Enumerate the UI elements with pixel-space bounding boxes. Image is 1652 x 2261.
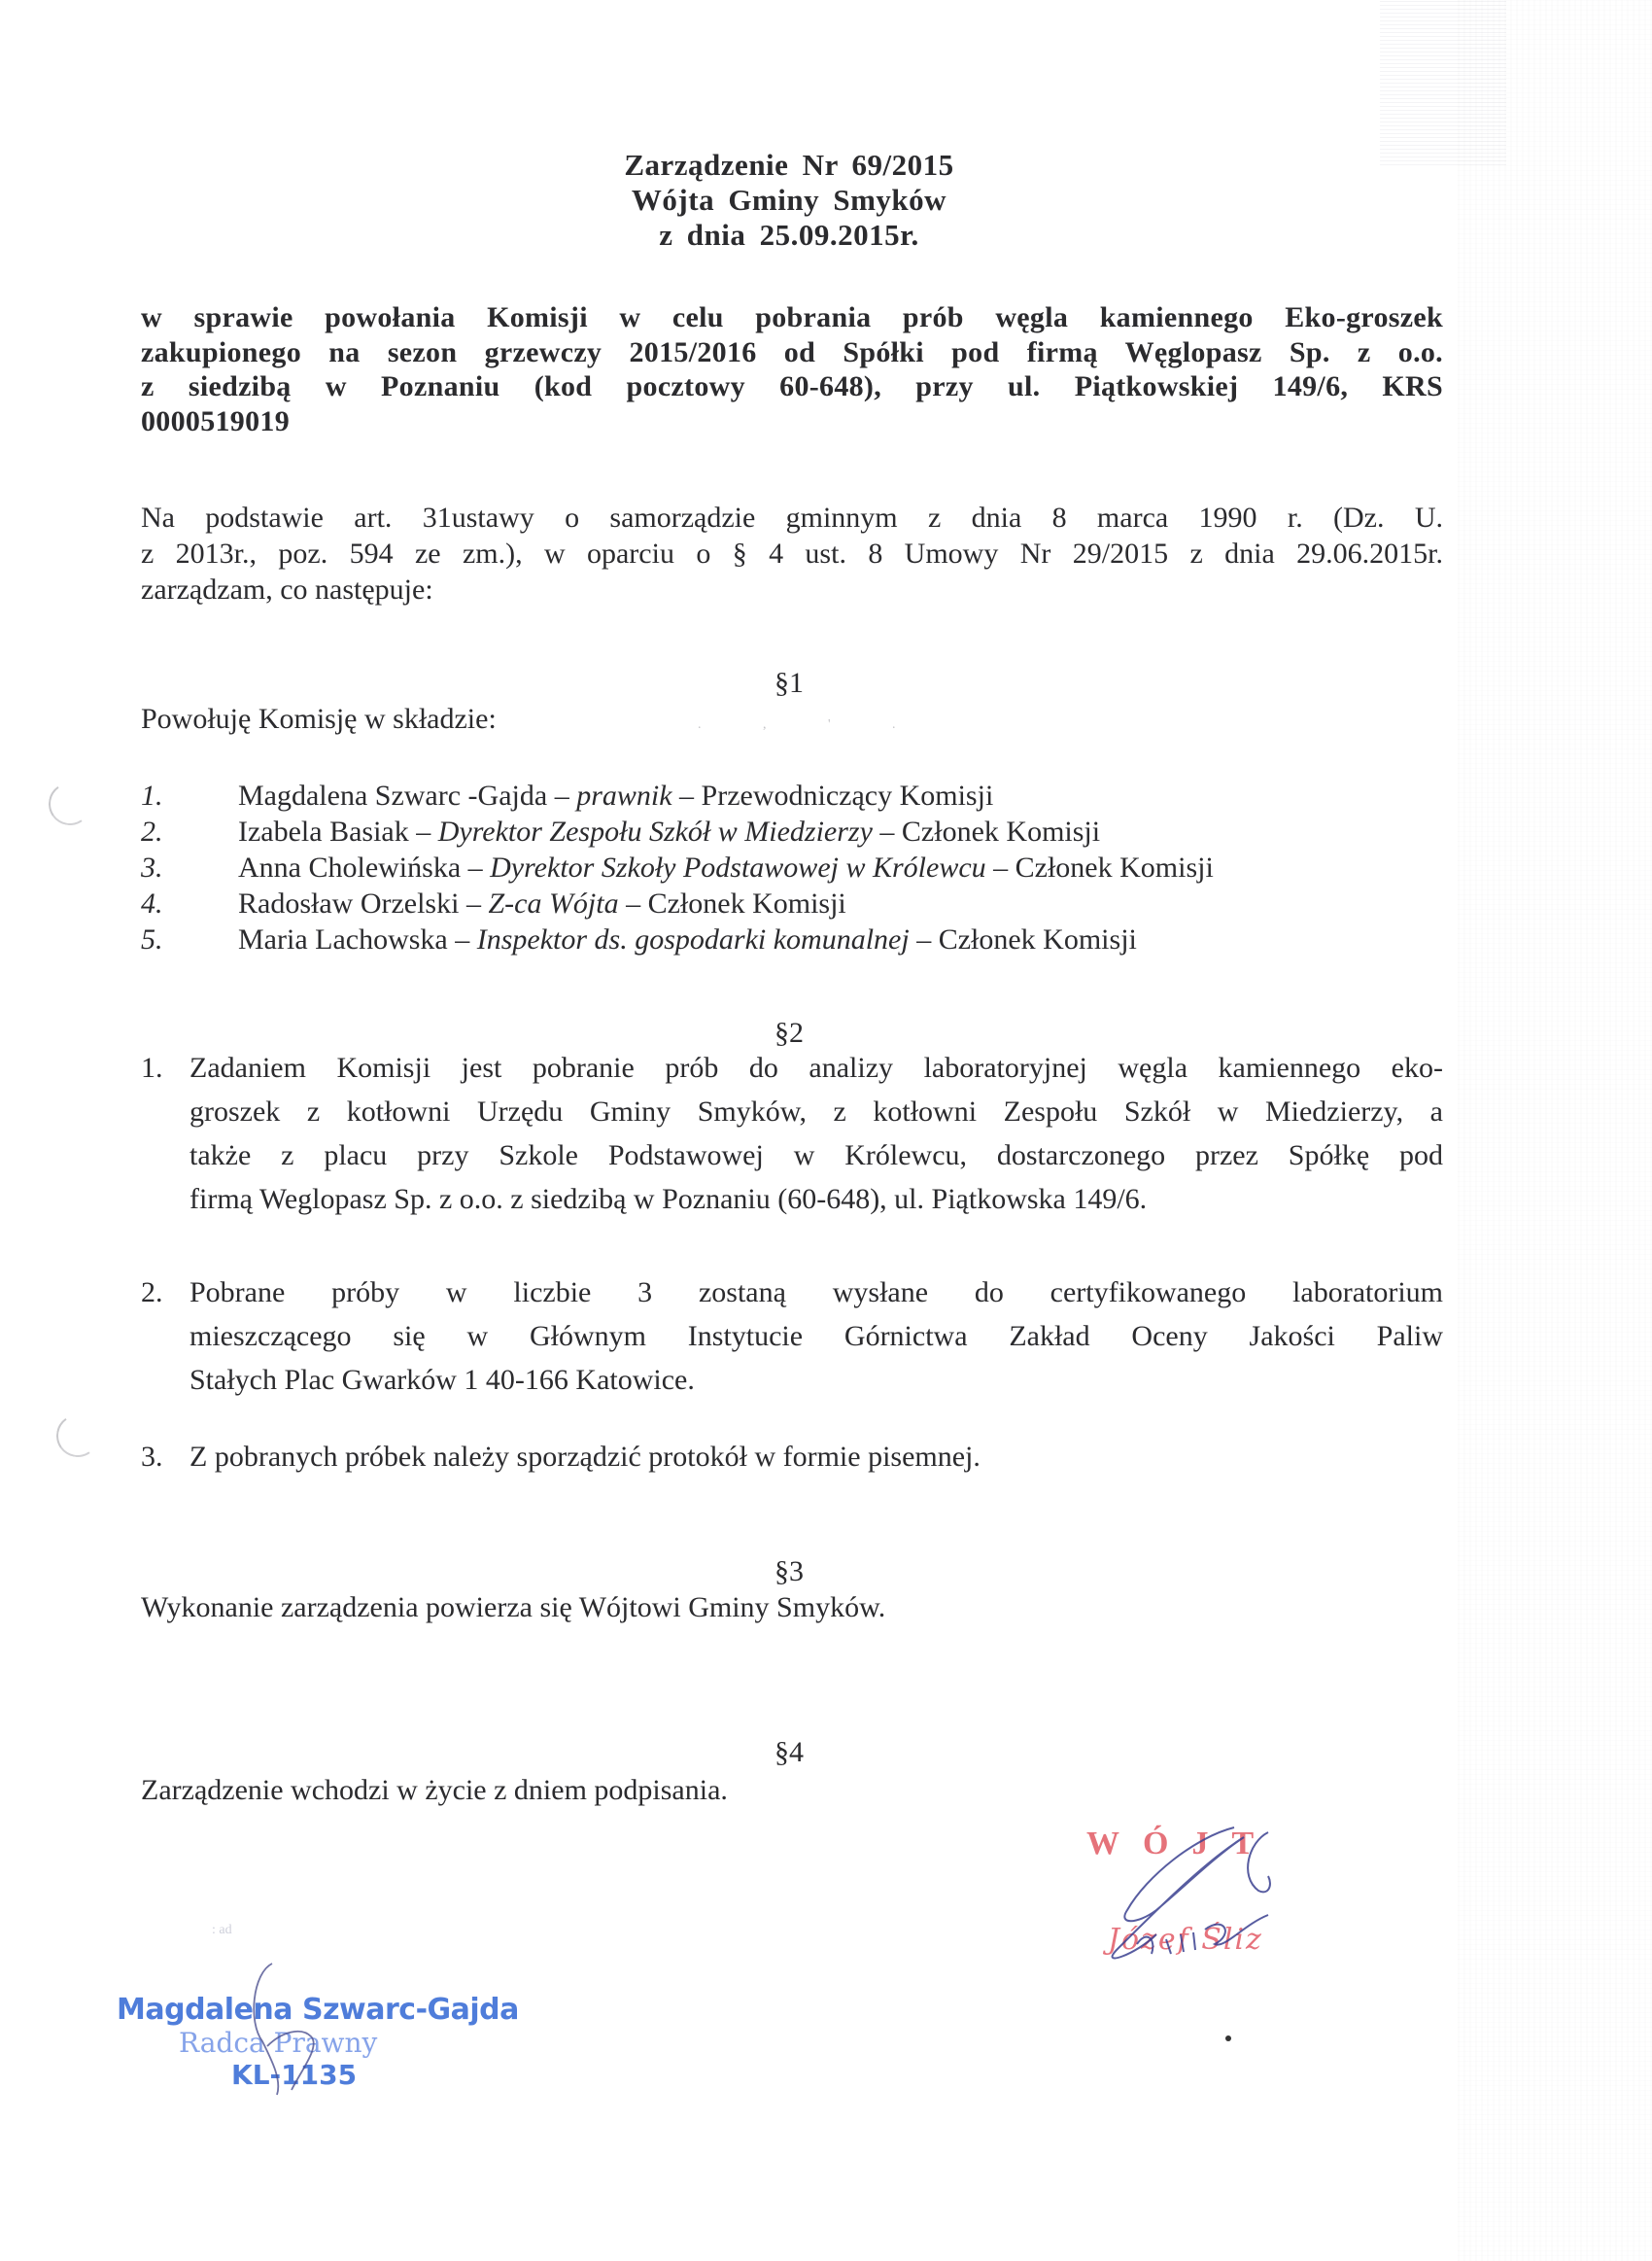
legal-basis: Na podstawie art. 31ustawy o samorządzie… (141, 500, 1443, 608)
title-line-issuer: Wójta Gminy Smyków (0, 183, 1578, 218)
member-role: prawnik (576, 780, 671, 812)
member-number: 1. (141, 778, 238, 814)
subject-line: 0000519019 (141, 404, 1443, 439)
separator: – (459, 887, 488, 920)
member-function: Członek Komisji (902, 816, 1100, 848)
section-2-mark: §2 (0, 1017, 1578, 1050)
member-name: Radosław Orzelski (238, 887, 459, 920)
separator: – (461, 852, 490, 884)
section-2-item-1: 1. Zadaniem Komisji jest pobranie prób d… (141, 1046, 1443, 1221)
section-3-text: Wykonanie zarządzenia powierza się Wójto… (141, 1590, 885, 1625)
member-name: Magdalena Szwarc -Gajda (238, 780, 547, 812)
item-line: Stałych Plac Gwarków 1 40-166 Katowice. (189, 1358, 1443, 1402)
punch-hole-mark-icon (46, 780, 95, 829)
section-2-item-2: 2. Pobrane próby w liczbie 3 zostaną wys… (141, 1270, 1443, 1402)
member-role: Dyrektor Szkoły Podstawowej w Królewcu (490, 852, 986, 884)
item-line: firmą Weglopasz Sp. z o.o. z siedzibą w … (189, 1177, 1443, 1221)
subject-line: z siedzibą w Poznaniu (kod pocztowy 60-6… (141, 369, 1443, 404)
section-4-text: Zarządzenie wchodzi w życie z dniem podp… (141, 1773, 728, 1808)
legal-basis-line: z 2013r., poz. 594 ze zm.), w oparciu o … (141, 536, 1443, 572)
item-line: Z pobranych próbek należy sporządzić pro… (189, 1435, 1443, 1478)
item-line: także z placu przy Szkole Podstawowej w … (189, 1133, 1443, 1177)
member-name: Maria Lachowska (238, 923, 448, 956)
separator: – (986, 852, 1015, 884)
item-line: mieszczącego się w Głównym Instytucie Gó… (189, 1314, 1443, 1358)
item-line: Pobrane próby w liczbie 3 zostaną wysłan… (189, 1270, 1443, 1314)
document-page: Zarządzenie Nr 69/2015 Wójta Gminy Smykó… (0, 0, 1652, 2261)
member-function: Członek Komisji (939, 923, 1137, 956)
member-number: 5. (141, 922, 238, 957)
title-line-date: z dnia 25.09.2015r. (0, 218, 1578, 253)
item-line: groszek z kotłowni Urzędu Gminy Smyków, … (189, 1090, 1443, 1133)
title-line-ordinance-number: Zarządzenie Nr 69/2015 (0, 148, 1578, 183)
document-title: Zarządzenie Nr 69/2015 Wójta Gminy Smykó… (0, 148, 1578, 253)
section-2-item-3: 3. Z pobranych próbek należy sporządzić … (141, 1435, 1443, 1478)
document-subject: w sprawie powołania Komisji w celu pobra… (141, 300, 1443, 438)
member-function: Członek Komisji (1015, 852, 1214, 884)
separator: – (910, 923, 939, 956)
section-1-mark: §1 (0, 667, 1578, 700)
section-3-mark: §3 (0, 1555, 1578, 1588)
legal-advisor-signature-icon (243, 1954, 360, 2100)
subject-line: zakupionego na sezon grzewczy 2015/2016 … (141, 335, 1443, 370)
commission-members-list: 1. Magdalena Szwarc -Gajda – prawnik – P… (141, 778, 1214, 957)
member-name: Izabela Basiak (238, 816, 409, 848)
separator: – (448, 923, 477, 956)
faint-stamp-mark: : ad (212, 1923, 232, 1938)
item-line: Zadaniem Komisji jest pobranie prób do a… (189, 1046, 1443, 1090)
member-number: 3. (141, 850, 238, 886)
member-item: 4. Radosław Orzelski – Z-ca Wójta – Czło… (141, 886, 1214, 922)
member-role: Inspektor ds. gospodarki komunalnej (477, 923, 910, 956)
legal-basis-line: Na podstawie art. 31ustawy o samorządzie… (141, 500, 1443, 536)
member-role: Z-ca Wójta (488, 887, 618, 920)
scan-specks: . , ' . (698, 717, 925, 733)
ink-dot (1225, 2035, 1231, 2041)
member-number: 4. (141, 886, 238, 922)
punch-hole-mark-icon (53, 1411, 103, 1461)
separator: – (672, 780, 702, 812)
member-name: Anna Cholewińska (238, 852, 461, 884)
member-item: 1. Magdalena Szwarc -Gajda – prawnik – P… (141, 778, 1214, 814)
member-item: 3. Anna Cholewińska – Dyrektor Szkoły Po… (141, 850, 1214, 886)
member-number: 2. (141, 814, 238, 850)
section-1-intro: Powołuję Komisję w składzie: (141, 702, 497, 737)
section-4-mark: §4 (0, 1736, 1578, 1769)
item-number: 2. (141, 1270, 189, 1402)
subject-line: w sprawie powołania Komisji w celu pobra… (141, 300, 1443, 335)
separator: – (619, 887, 648, 920)
member-item: 2. Izabela Basiak – Dyrektor Zespołu Szk… (141, 814, 1214, 850)
separator: – (547, 780, 576, 812)
scan-artifact-top-right (1380, 0, 1506, 165)
item-number: 1. (141, 1046, 189, 1221)
member-role: Dyrektor Zespołu Szkół w Miedzierzy (438, 816, 873, 848)
legal-basis-line: zarządzam, co następuje: (141, 572, 1443, 608)
separator: – (409, 816, 438, 848)
separator: – (873, 816, 902, 848)
member-item: 5. Maria Lachowska – Inspektor ds. gospo… (141, 922, 1214, 957)
mayor-signature-icon (1079, 1818, 1312, 1983)
item-number: 3. (141, 1435, 189, 1478)
member-function: Członek Komisji (648, 887, 846, 920)
member-function: Przewodniczący Komisji (702, 780, 994, 812)
scan-artifact-right-edge (1458, 0, 1652, 2261)
